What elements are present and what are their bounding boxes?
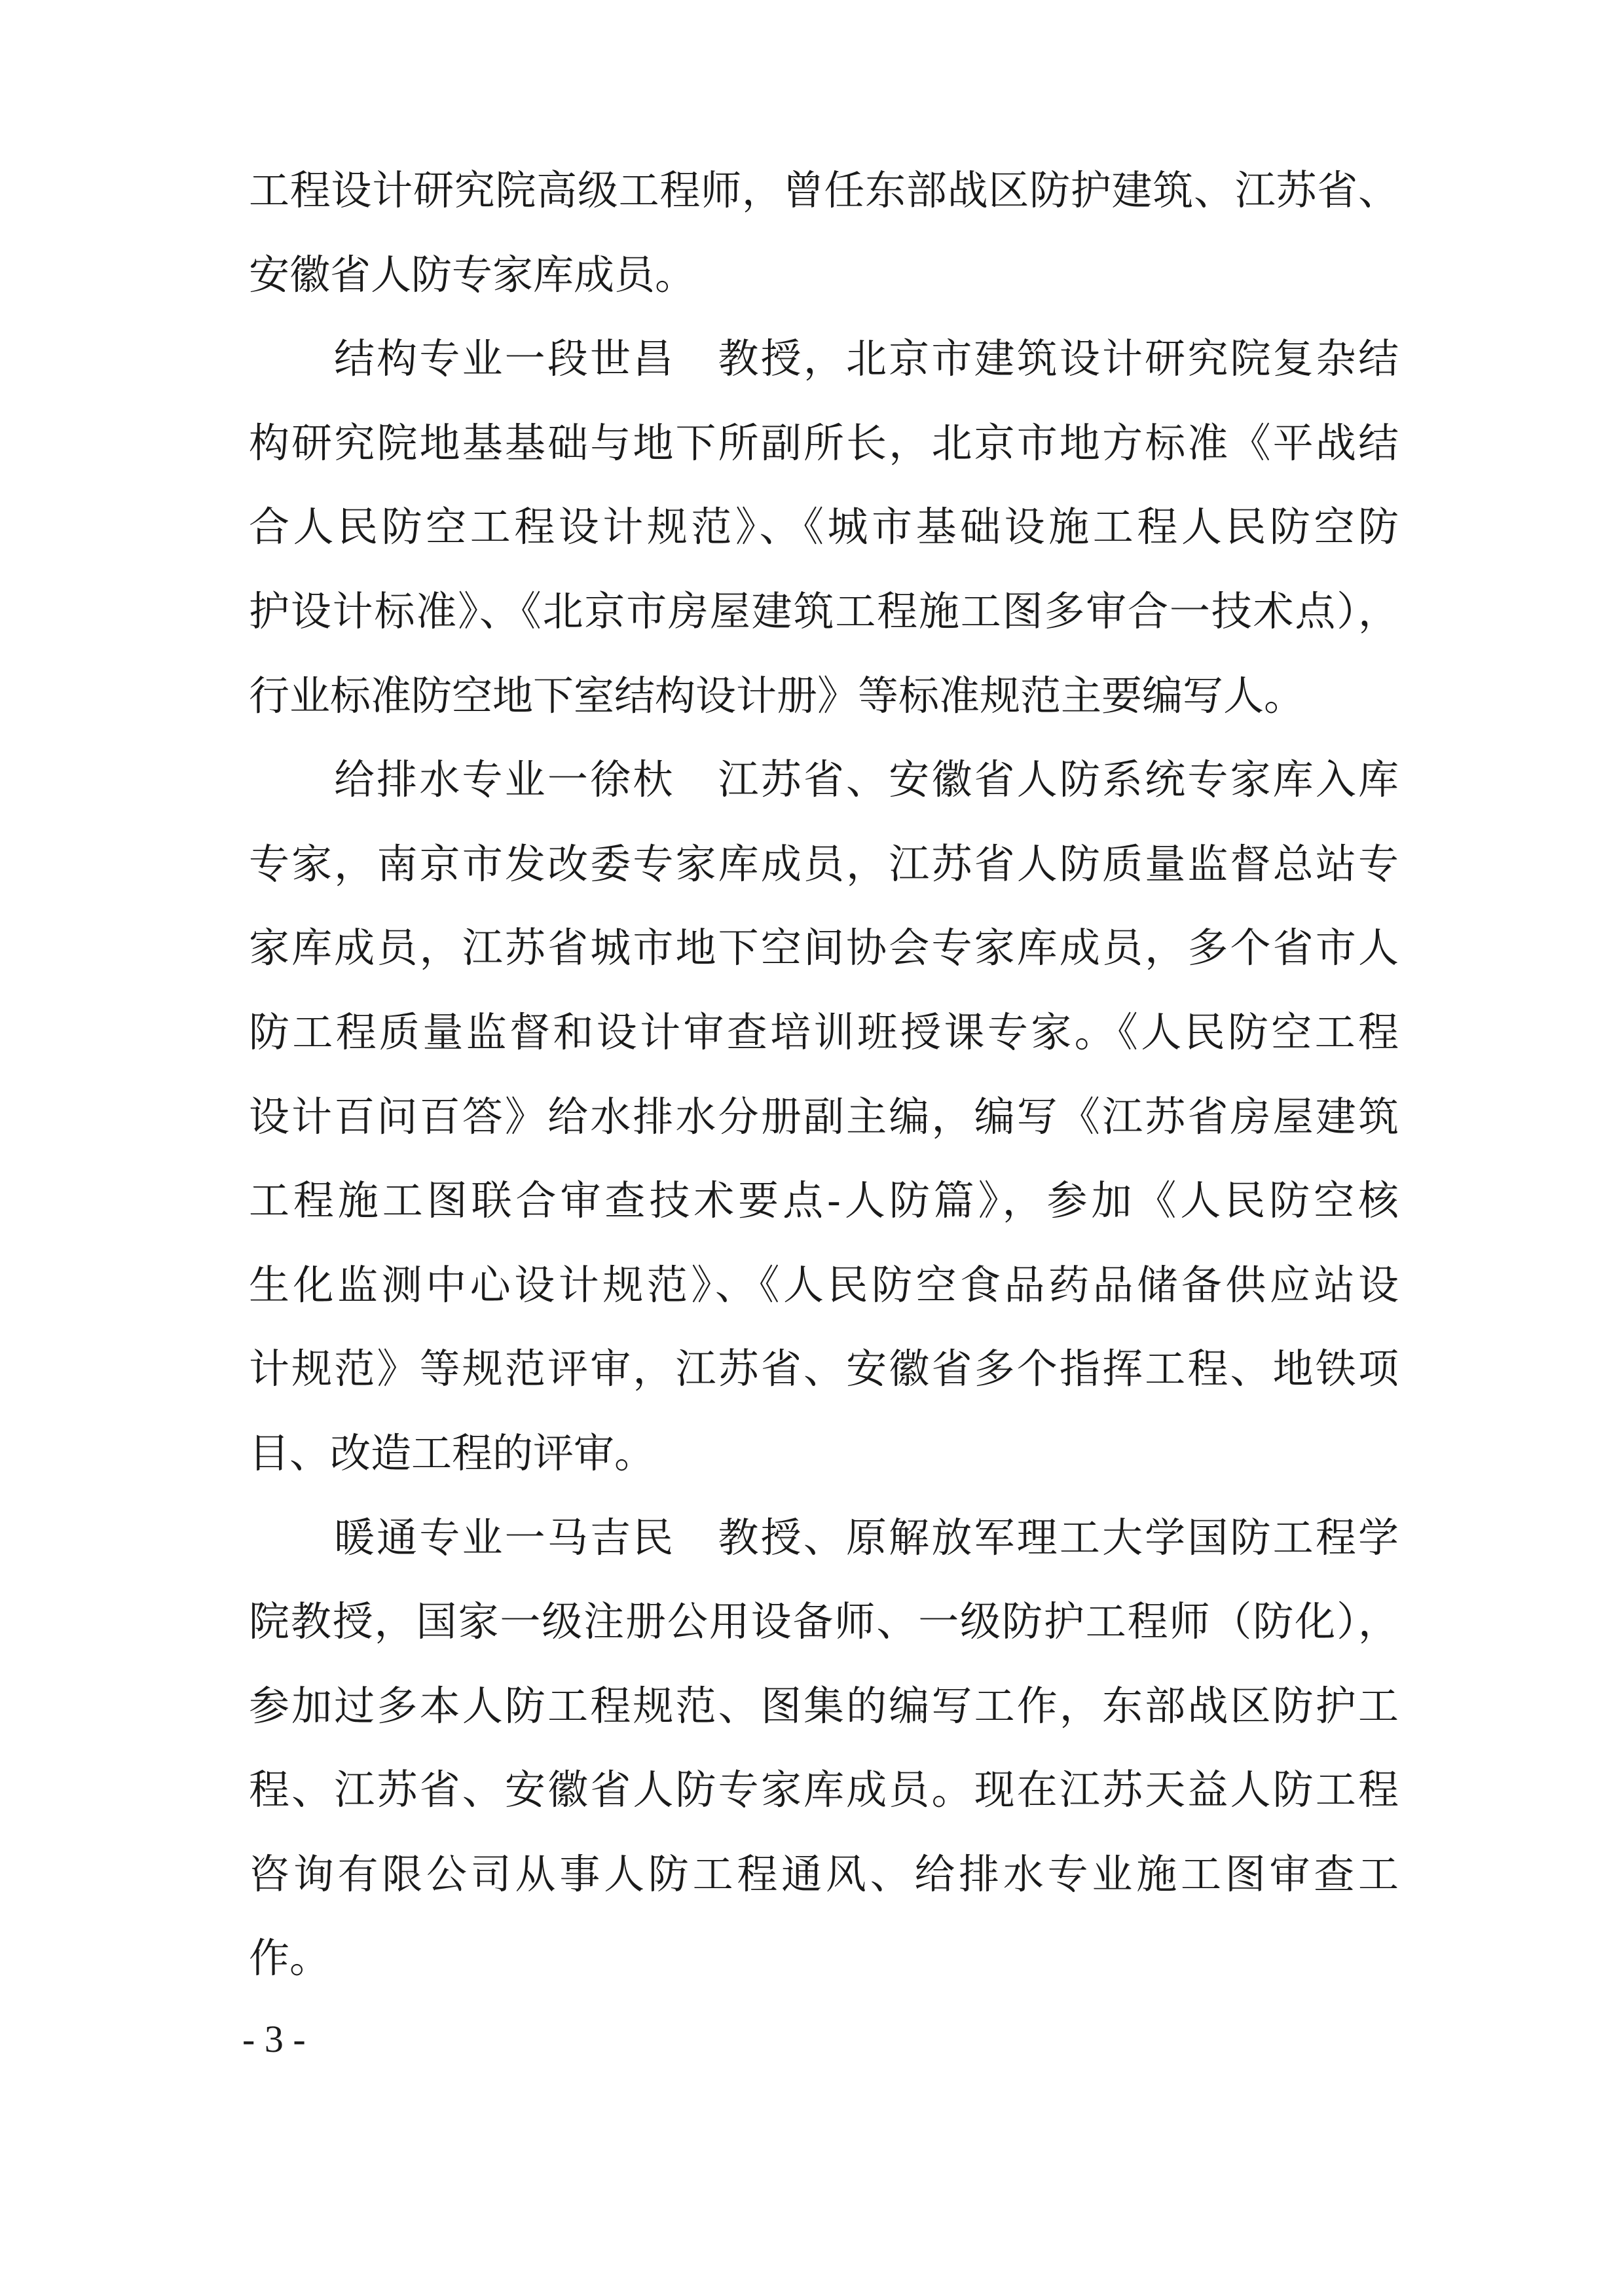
text-line: 工程施工图联合审查技术要点-人防篇》，参加《人民防空核 [249,1159,1399,1243]
text-line: 计规范》等规范评审，江苏省、安徽省多个指挥工程、地铁项 [249,1327,1399,1412]
paragraph-water-expert: 给排水专业一徐杕 江苏省、安徽省人防系统专家库入库 专家，南京市发改委专家库成员… [249,738,1399,1495]
page-number: - 3 - [242,2016,306,2062]
body-text: 工程设计研究院高级工程师，曾任东部战区防护建筑、江苏省、 安徽省人防专家库成员。… [249,149,1399,2001]
paragraph-hvac-expert: 暖通专业一马吉民 教授、原解放军理工大学国防工程学 院教授，国家一级注册公用设备… [249,1496,1399,2001]
text-line: 程、江苏省、安徽省人防专家库成员。现在江苏天益人防工程 [249,1748,1399,1832]
paragraph-structure-expert: 结构专业一段世昌 教授，北京市建筑设计研究院复杂结 构研究院地基基础与地下所副所… [249,317,1399,738]
text-line: 咨询有限公司从事人防工程通风、给排水专业施工图审查工 [249,1832,1399,1917]
text-line: 安徽省人防专家库成员。 [249,233,1399,318]
text-line: 家库成员，江苏省城市地下空间协会专家库成员，多个省市人 [249,906,1399,991]
text-line: 防工程质量监督和设计审查培训班授课专家。《人民防空工程 [249,991,1399,1075]
text-line: 结构专业一段世昌 教授，北京市建筑设计研究院复杂结 [249,317,1399,401]
text-line: 设计百问百答》给水排水分册副主编，编写《江苏省房屋建筑 [249,1075,1399,1159]
text-line: 专家，南京市发改委专家库成员，江苏省人防质量监督总站专 [249,822,1399,907]
text-line: 构研究院地基基础与地下所副所长，北京市地方标准《平战结 [249,401,1399,486]
document-page: 工程设计研究院高级工程师，曾任东部战区防护建筑、江苏省、 安徽省人防专家库成员。… [0,0,1624,2296]
text-line: 工程设计研究院高级工程师，曾任东部战区防护建筑、江苏省、 [249,149,1399,233]
text-line: 合人民防空工程设计规范》、《城市基础设施工程人民防空防 [249,485,1399,570]
text-line: 院教授，国家一级注册公用设备师、一级防护工程师（防化）， [249,1580,1399,1664]
text-line: 行业标准防空地下室结构设计册》等标准规范主要编写人。 [249,654,1399,738]
text-line: 暖通专业一马吉民 教授、原解放军理工大学国防工程学 [249,1496,1399,1580]
text-line: 作。 [249,1916,1399,2001]
text-line: 护设计标准》、《北京市房屋建筑工程施工图多审合一技术点）， [249,570,1399,654]
text-line: 目、改造工程的评审。 [249,1412,1399,1496]
paragraph-continuation: 工程设计研究院高级工程师，曾任东部战区防护建筑、江苏省、 安徽省人防专家库成员。 [249,149,1399,317]
text-line: 生化监测中心设计规范》、《人民防空食品药品储备供应站设 [249,1243,1399,1328]
text-line: 参加过多本人防工程规范、图集的编写工作，东部战区防护工 [249,1664,1399,1749]
text-line: 给排水专业一徐杕 江苏省、安徽省人防系统专家库入库 [249,738,1399,822]
